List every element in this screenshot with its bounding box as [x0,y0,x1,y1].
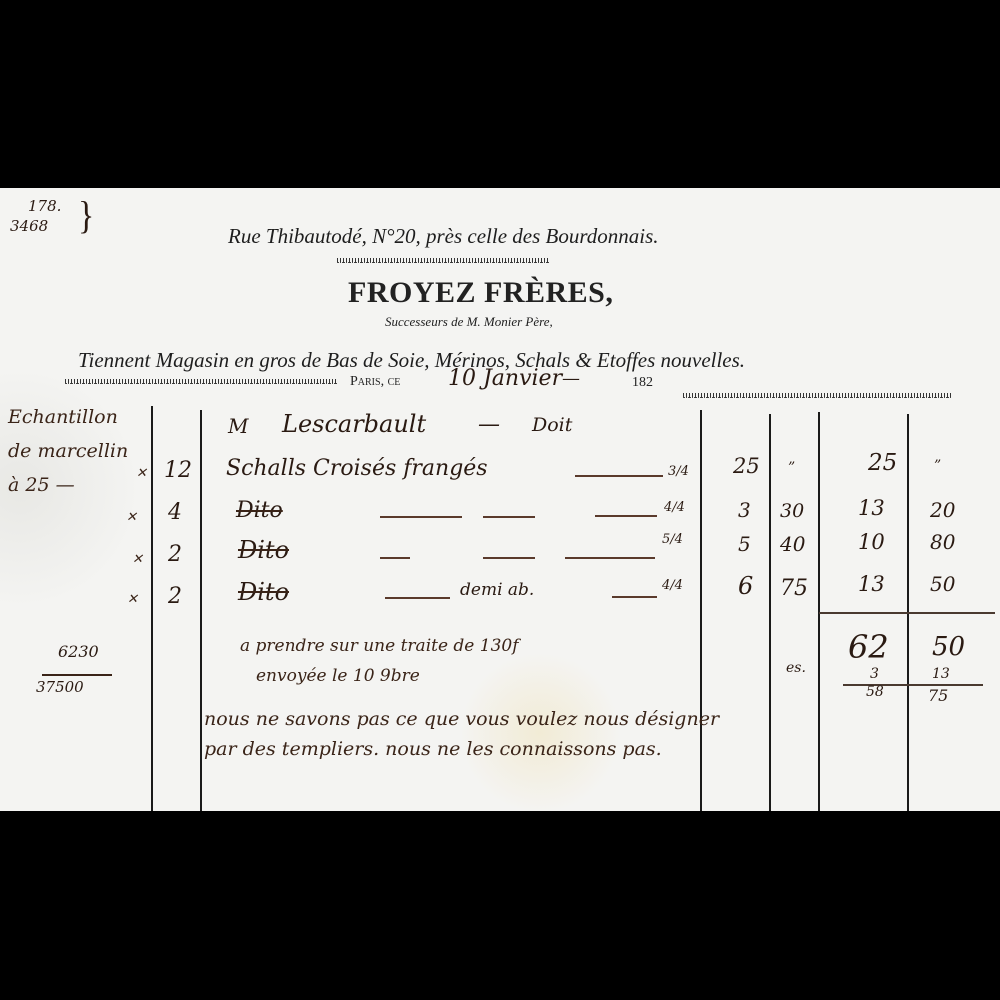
item-total-fr: 13 [858,572,885,596]
subtotal-rule [819,612,995,614]
column-line-unit-fr [700,410,702,811]
item-unit-c: 75 [780,576,808,601]
successor-line: Successeurs de M. Monier Père, [385,314,553,330]
item-fraction: 4/4 [664,500,685,515]
tick-mark: ✕ [127,592,138,607]
ornament-rule [337,258,549,263]
business-line: Tiennent Magasin en gros de Bas de Soie,… [78,348,745,373]
message-line2: par des templiers. nous ne les connaisso… [204,738,662,760]
item-fraction: 4/4 [662,578,683,593]
margin-note-line3: à 25 — [8,468,128,502]
brace-mark: } [78,195,94,239]
margin-note-line2: de marcellin [8,434,128,468]
fill-dash [595,515,657,517]
item-unit-fr: 3 [738,498,751,522]
discount-fr: 3 [870,666,879,682]
fill-dash [483,516,535,518]
company-name: FROYEZ FRÈRES, [348,276,613,310]
item-total-c: 20 [930,498,955,522]
item-total-c: 80 [930,530,955,554]
doit-label: Doit [532,414,572,436]
fill-dash [483,557,535,559]
item-total-fr: 25 [868,450,897,476]
margin-calc-bottom: 37500 [36,678,84,696]
fill-dash [380,557,410,559]
margin-note: Echantillon de marcellin à 25 — [8,400,128,502]
corner-note-line2: 3468 [10,216,61,236]
date-day-month: 10 Janvier [448,366,562,391]
draft-note-line1: a prendre sur une traite de 130f [240,636,519,656]
fill-dash [575,475,663,477]
subtotal-c: 50 [932,632,965,662]
tick-mark: ✕ [126,510,137,525]
net-c: 75 [928,686,948,705]
corner-note-line1: 178. [10,196,61,216]
date-year: 182 [632,375,653,391]
ornament-rule-left [65,379,337,384]
item-description: Dito [238,578,289,606]
net-fr: 58 [866,684,884,700]
item-unit-c: ” [788,460,795,476]
item-unit-c: 40 [780,532,805,556]
item-unit-fr: 5 [738,532,751,556]
tick-mark: ✕ [132,552,143,567]
item-total-fr: 10 [858,530,885,554]
item-fraction: 5/4 [662,532,683,547]
item-extra: demi ab. [460,580,534,600]
item-total-c: 50 [930,572,955,596]
column-line-qty-left [151,406,153,811]
address-line: Rue Thibautodé, N°20, près celle des Bou… [228,224,659,249]
item-fraction: 3/4 [668,464,689,479]
invoice-document: 178. 3468 } Rue Thibautodé, N°20, près c… [0,188,1000,811]
discount-c: 13 [932,666,950,682]
corner-note: 178. 3468 [10,196,61,236]
fill-dash [380,516,462,518]
margin-note-line1: Echantillon [8,400,128,434]
item-total-fr: 13 [858,496,885,520]
margin-calc-top: 6230 [58,642,99,661]
fill-dash [612,596,657,598]
item-unit-fr: 25 [733,454,760,478]
message-line1: nous ne savons pas ce que vous voulez no… [204,708,719,730]
item-qty: 2 [168,542,182,567]
item-qty: 4 [168,500,182,525]
item-description: Schalls Croisés frangés [226,456,488,481]
place-label: Paris, ce [350,374,400,390]
item-qty: 12 [164,458,192,483]
fill-dash [385,597,450,599]
customer-dash: — [478,412,500,437]
discount-mark: es. [786,660,806,676]
item-qty: 2 [168,584,182,609]
column-line-unit-c [769,414,771,811]
ornament-rule-right [683,393,951,398]
item-description: Dito [238,536,289,564]
net-rule [843,684,983,686]
item-unit-fr: 6 [738,572,753,600]
item-unit-c: 30 [780,500,804,522]
column-line-qty-right [200,410,202,811]
date-dash: — [562,368,580,389]
tick-mark: ✕ [136,466,147,481]
draft-note-line2: envoyée le 10 9bre [256,666,420,686]
item-description: Dito [236,498,283,523]
customer-prefix: M [228,414,248,438]
customer-name: Lescarbault [282,410,426,438]
subtotal-fr: 62 [848,628,889,666]
item-total-c: ” [934,458,941,474]
margin-calc-rule [42,674,112,676]
fill-dash [565,557,655,559]
